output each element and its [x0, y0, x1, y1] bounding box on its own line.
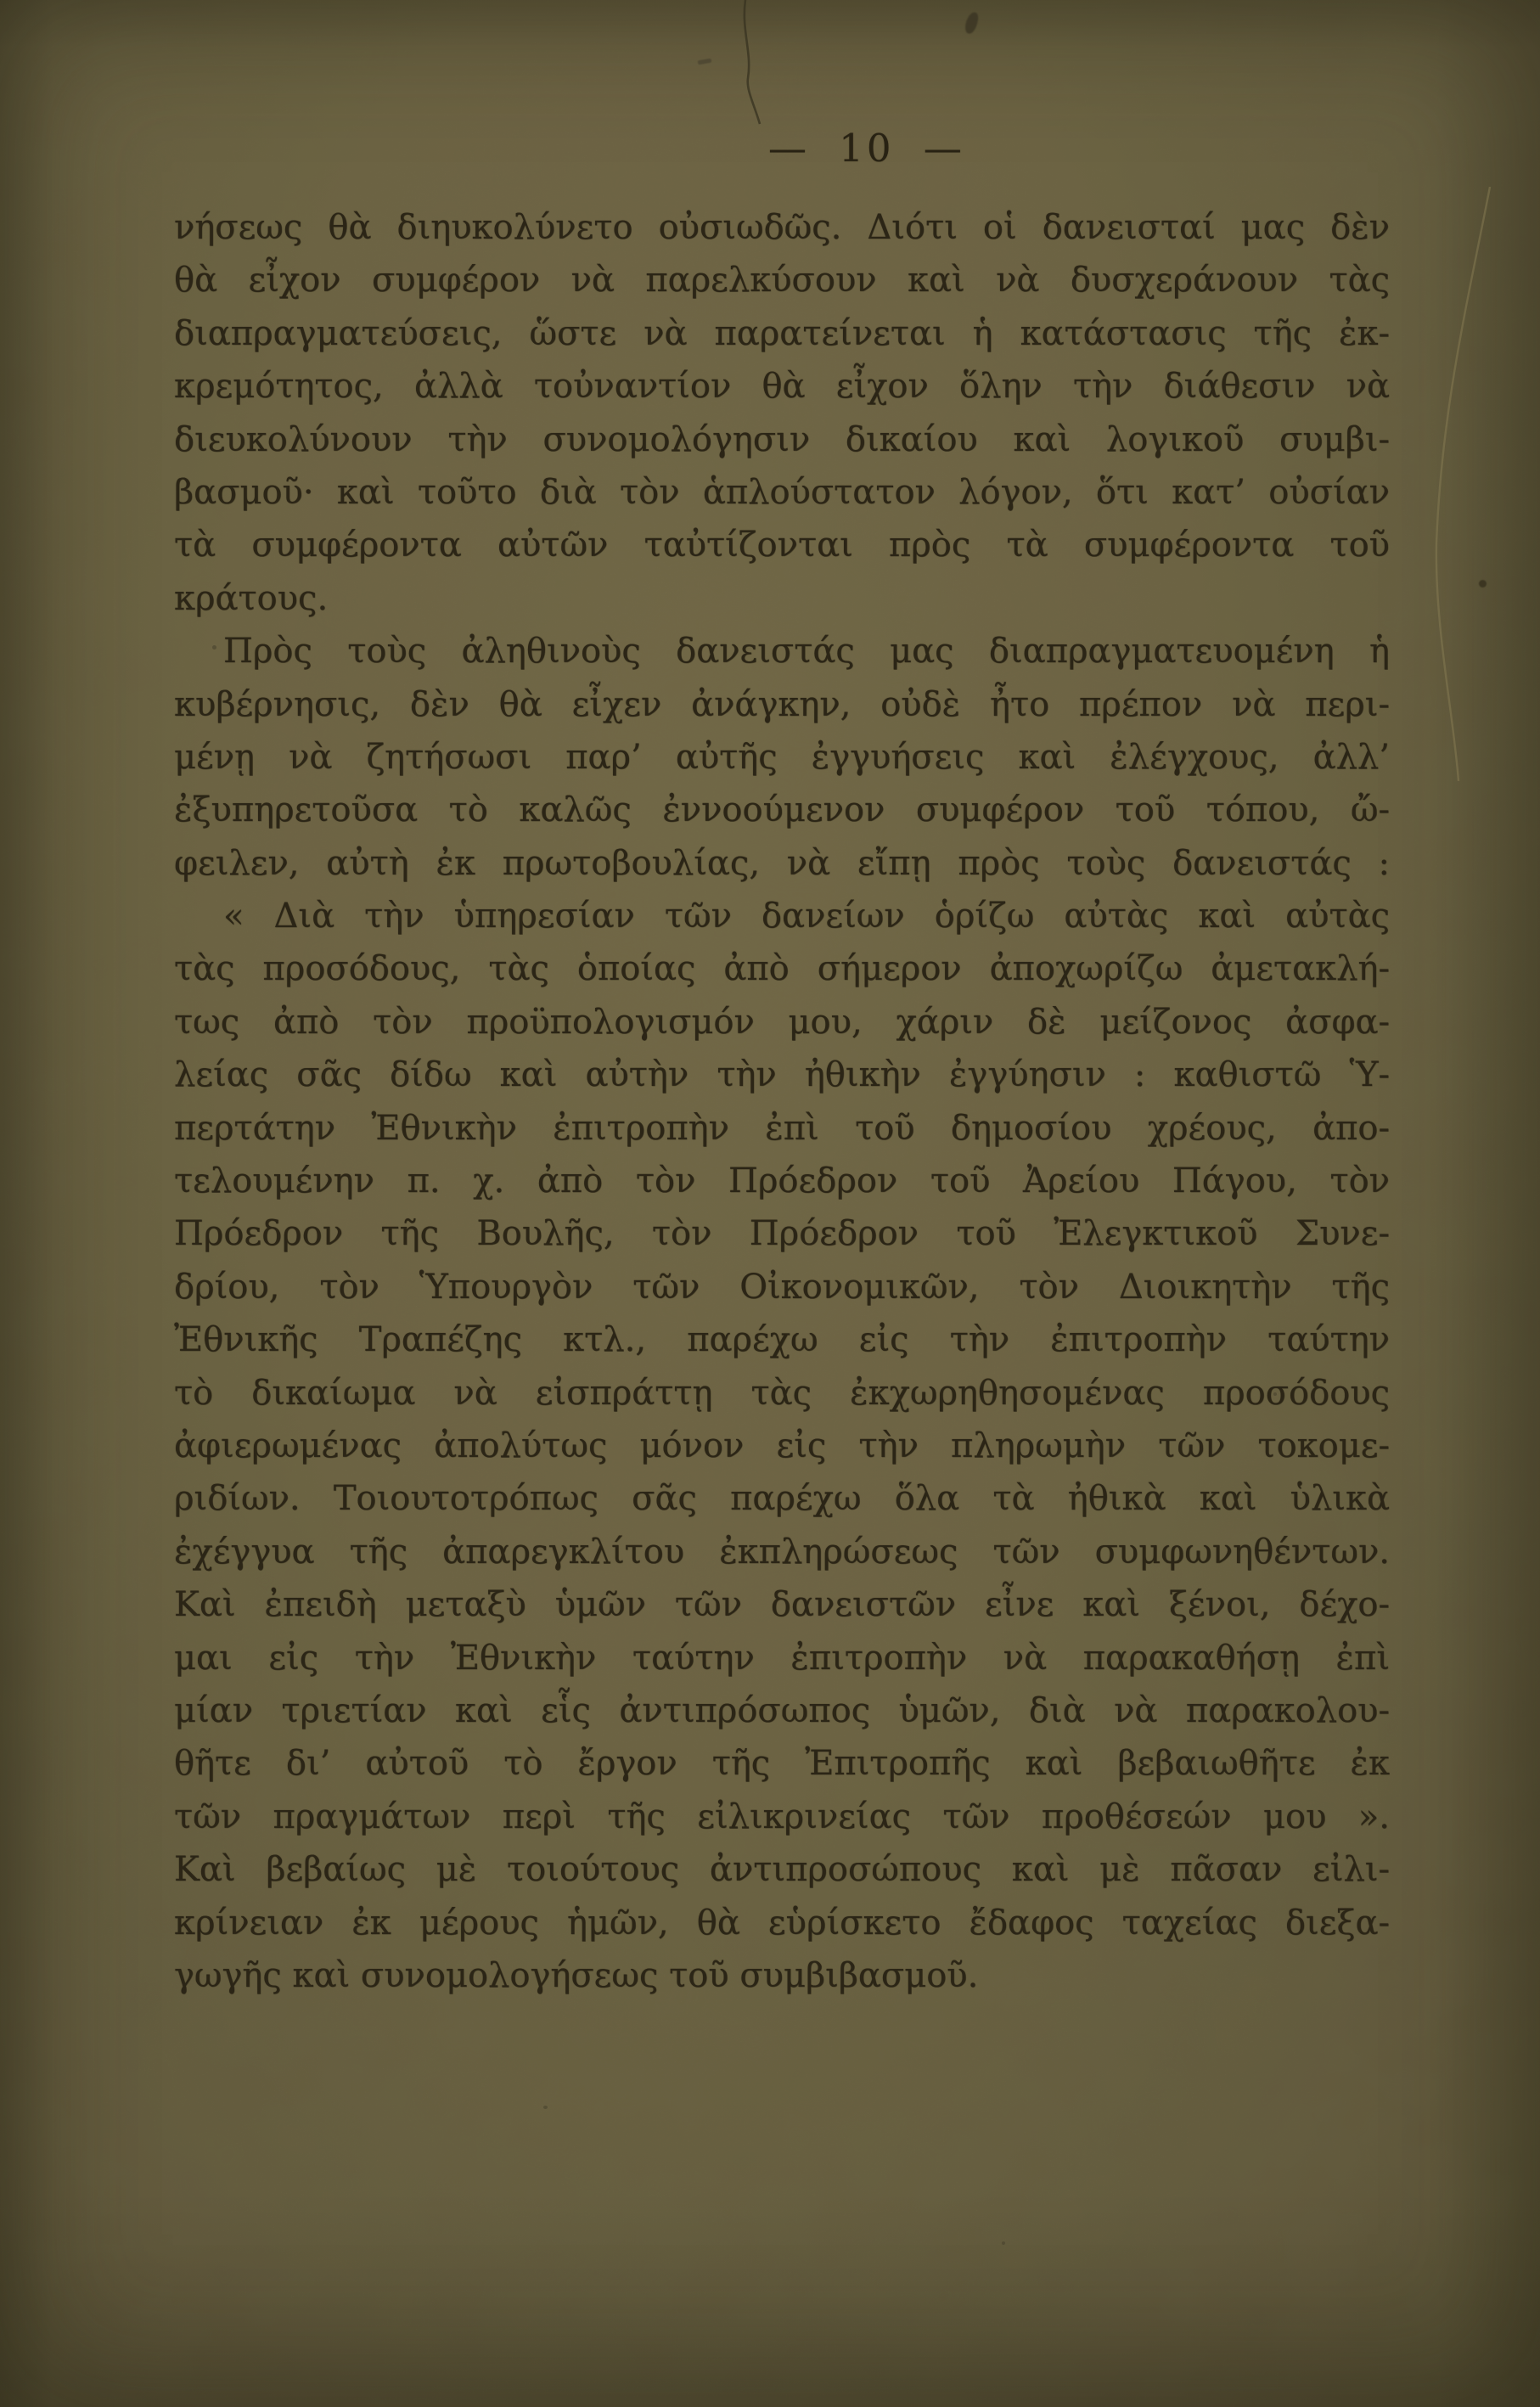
text-line: Ἐθνικῆς Τραπέζης κτλ., παρέχω εἰς τὴν ἐπ…	[174, 1313, 1390, 1366]
text-line: μαι εἰς τὴν Ἐθνικὴν ταύτην ἐπιτροπὴν νὰ …	[174, 1632, 1390, 1684]
text-line: κράτους.	[174, 572, 1390, 625]
text-line: τὰ συμφέροντα αὐτῶν ταὐτίζονται πρὸς τὰ …	[174, 519, 1390, 571]
text-line: ριδίων. Τοιουτοτρόπως σᾶς παρέχω ὅλα τὰ …	[174, 1472, 1390, 1525]
text-line: ἐξυπηρετοῦσα τὸ καλῶς ἐννοούμενον συμφέρ…	[174, 784, 1390, 836]
ink-dash-mark	[698, 59, 712, 65]
paper-speck	[543, 2106, 548, 2109]
page-number: — 10 —	[768, 126, 965, 171]
text-line: τὸ δικαίωμα νὰ εἰσπράττῃ τὰς ἐκχωρηθησομ…	[174, 1367, 1390, 1420]
text-line: φειλεν, αὐτὴ ἐκ πρωτοβουλίας, νὰ εἴπῃ πρ…	[174, 837, 1390, 890]
text-line: θῆτε δι’ αὐτοῦ τὸ ἔργον τῆς Ἐπιτροπῆς κα…	[174, 1737, 1390, 1790]
text-line: θὰ εἶχον συμφέρον νὰ παρελκύσουν καὶ νὰ …	[174, 254, 1390, 306]
text-line: Καὶ ἐπειδὴ μεταξὺ ὑμῶν τῶν δανειστῶν εἶν…	[174, 1578, 1390, 1631]
text-line: γωγῆς καὶ συνομολογήσεως τοῦ συμβιβασμοῦ…	[174, 1949, 1390, 2002]
ink-blot-mark	[964, 11, 980, 35]
text-line: περτάτην Ἐθνικὴν ἐπιτροπὴν ἐπὶ τοῦ δημοσ…	[174, 1102, 1390, 1155]
paper-crease-mark	[713, 0, 790, 127]
text-line: τῶν πραγμάτων περὶ τῆς εἰλικρινείας τῶν …	[174, 1791, 1390, 1843]
text-line: δρίου, τὸν Ὑπουργὸν τῶν Οἰκονομικῶν, τὸν…	[174, 1261, 1390, 1313]
text-line: Πρόεδρον τῆς Βουλῆς, τὸν Πρόεδρον τοῦ Ἐλ…	[174, 1207, 1390, 1260]
body-text: νήσεως θὰ διηυκολύνετο οὐσιωδῶς. Διότι ο…	[174, 201, 1390, 2002]
ink-dot-mark	[1479, 580, 1487, 588]
text-line: κυβέρνησις, δὲν θὰ εἶχεν ἀνάγκην, οὐδὲ ἦ…	[174, 678, 1390, 731]
text-line: ἀφιερωμένας ἀπολύτως μόνον εἰς τὴν πληρω…	[174, 1420, 1390, 1472]
text-line: τὰς προσόδους, τὰς ὁποίας ἀπὸ σήμερον ἀπ…	[174, 942, 1390, 995]
text-line: μένῃ νὰ ζητήσωσι παρ’ αὐτῆς ἐγγυήσεις κα…	[174, 731, 1390, 784]
text-line: τως ἀπὸ τὸν προϋπολογισμόν μου, χάριν δὲ…	[174, 996, 1390, 1049]
paper-crease-light	[1409, 187, 1511, 781]
text-line: λείας σᾶς δίδω καὶ αὐτὴν τὴν ἠθικὴν ἐγγύ…	[174, 1049, 1390, 1101]
text-line: ἐχέγγυα τῆς ἀπαρεγκλίτου ἐκπληρώσεως τῶν…	[174, 1526, 1390, 1578]
paper-speck	[1002, 2241, 1005, 2245]
text-line: Καὶ βεβαίως μὲ τοιούτους ἀντιπροσώπους κ…	[174, 1843, 1390, 1896]
text-line: μίαν τριετίαν καὶ εἷς ἀντιπρόσωπος ὑμῶν,…	[174, 1684, 1390, 1737]
text-line: διευκολύνουν τὴν συνομολόγησιν δικαίου κ…	[174, 413, 1390, 466]
text-line: Πρὸς τοὺς ἀληθινοὺς δανειστάς μας διαπρα…	[174, 625, 1390, 678]
text-line: τελουμένην π. χ. ἀπὸ τὸν Πρόεδρον τοῦ Ἀρ…	[174, 1155, 1390, 1207]
text-line: νήσεως θὰ διηυκολύνετο οὐσιωδῶς. Διότι ο…	[174, 201, 1390, 254]
scanned-page: — 10 — νήσεως θὰ διηυκολύνετο οὐσιωδῶς. …	[0, 0, 1540, 2407]
text-line: κρίνειαν ἐκ μέρους ἡμῶν, θὰ εὑρίσκετο ἔδ…	[174, 1897, 1390, 1949]
text-line: βασμοῦ· καὶ τοῦτο διὰ τὸν ἁπλούστατον λό…	[174, 466, 1390, 519]
text-line: « Διὰ τὴν ὑπηρεσίαν τῶν δανείων ὁρίζω αὐ…	[174, 890, 1390, 942]
text-line: κρεμότητος, ἀλλὰ τοὐναντίον θὰ εἶχον ὅλη…	[174, 360, 1390, 413]
text-line: διαπραγματεύσεις, ὥστε νὰ παρατείνεται ἡ…	[174, 307, 1390, 360]
